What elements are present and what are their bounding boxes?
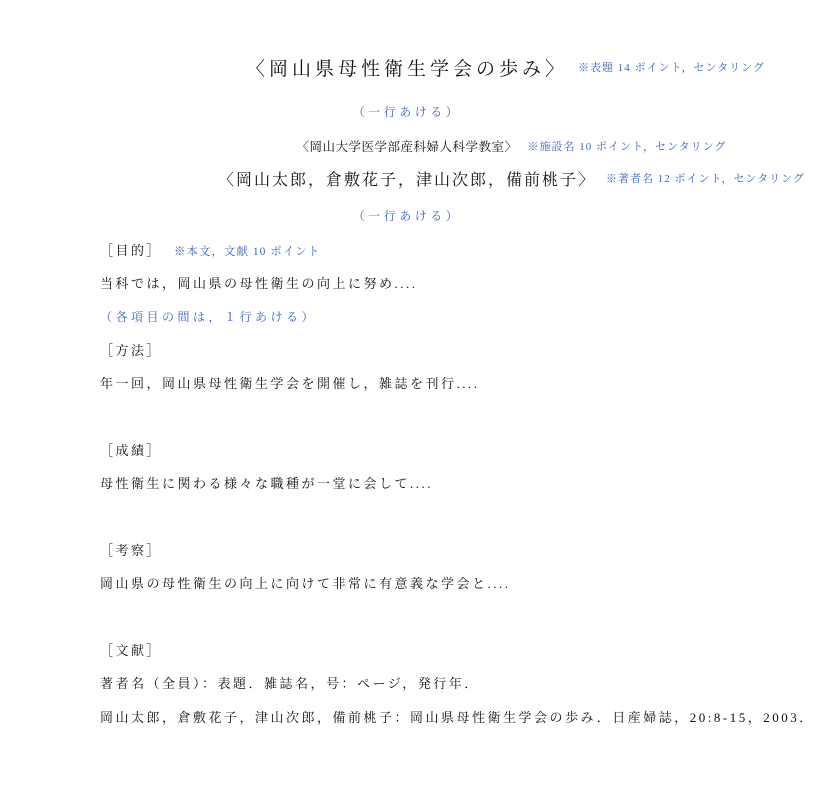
title-line: 〈岡山県母性衛生学会の歩み〉 ※表題 14 ポイント，センタリング <box>0 59 814 82</box>
objective-heading-line: ［目的］※本文，文献 10 ポイント <box>100 243 320 260</box>
title-format-note: ※表題 14 ポイント，センタリング <box>578 62 765 75</box>
affiliation-format-note: ※施設名 10 ポイント，センタリング <box>528 141 727 154</box>
title-wrap: 〈岡山県母性衛生学会の歩み〉 ※表題 14 ポイント，センタリング <box>246 59 568 82</box>
authors-line: 〈岡山太郎，倉敷花子，津山次郎，備前桃子〉 ※著者名 12 ポイント，センタリン… <box>0 171 814 190</box>
discussion-heading: ［考察］ <box>100 543 162 559</box>
results-heading: ［成績］ <box>100 443 162 459</box>
affiliation-wrap: 〈岡山大学医学部産科婦人科学教室〉 ※施設名 10 ポイント，センタリング <box>296 140 517 155</box>
authors-wrap: 〈岡山太郎，倉敷花子，津山次郎，備前桃子〉 ※著者名 12 ポイント，センタリン… <box>218 171 596 190</box>
blank-line-note-1: （一行あける） <box>0 105 814 119</box>
objective-heading: ［目的］ <box>100 243 162 258</box>
authors: 〈岡山太郎，倉敷花子，津山次郎，備前桃子〉 <box>218 172 596 189</box>
affiliation-line: 〈岡山大学医学部産科婦人科学教室〉 ※施設名 10 ポイント，センタリング <box>0 137 814 156</box>
methods-text: 年一回，岡山県母性衛生学会を開催し，雑誌を刊行.... <box>100 376 480 392</box>
blank-line-note-2: （一行あける） <box>0 209 814 223</box>
affiliation: 〈岡山大学医学部産科婦人科学教室〉 <box>296 140 517 154</box>
abstract-title: 〈岡山県母性衛生学会の歩み〉 <box>246 59 568 80</box>
authors-format-note: ※著者名 12 ポイント，センタリング <box>606 173 805 186</box>
discussion-text: 岡山県の母性衛生の向上に向けて非常に有意義な学会と.... <box>100 576 511 592</box>
methods-heading: ［方法］ <box>100 343 162 359</box>
results-text: 母性衛生に関わる様々な職種が一堂に会して.... <box>100 476 433 492</box>
objective-text: 当科では，岡山県の母性衛生の向上に努め.... <box>100 276 418 292</box>
document-page: 〈岡山県母性衛生学会の歩み〉 ※表題 14 ポイント，センタリング （一行あける… <box>0 0 828 793</box>
references-heading: ［文献］ <box>100 643 162 659</box>
body-font-note: ※本文，文献 10 ポイント <box>174 246 320 258</box>
references-example: 岡山太郎，倉敷花子，津山次郎，備前桃子：岡山県母性衛生学会の歩み．日産婦誌，20… <box>100 710 815 726</box>
references-format: 著者名（全員）：表題．雑誌名，号：ページ，発行年． <box>100 676 480 692</box>
item-spacing-note: （各項目の間は，１行あける） <box>100 310 317 324</box>
